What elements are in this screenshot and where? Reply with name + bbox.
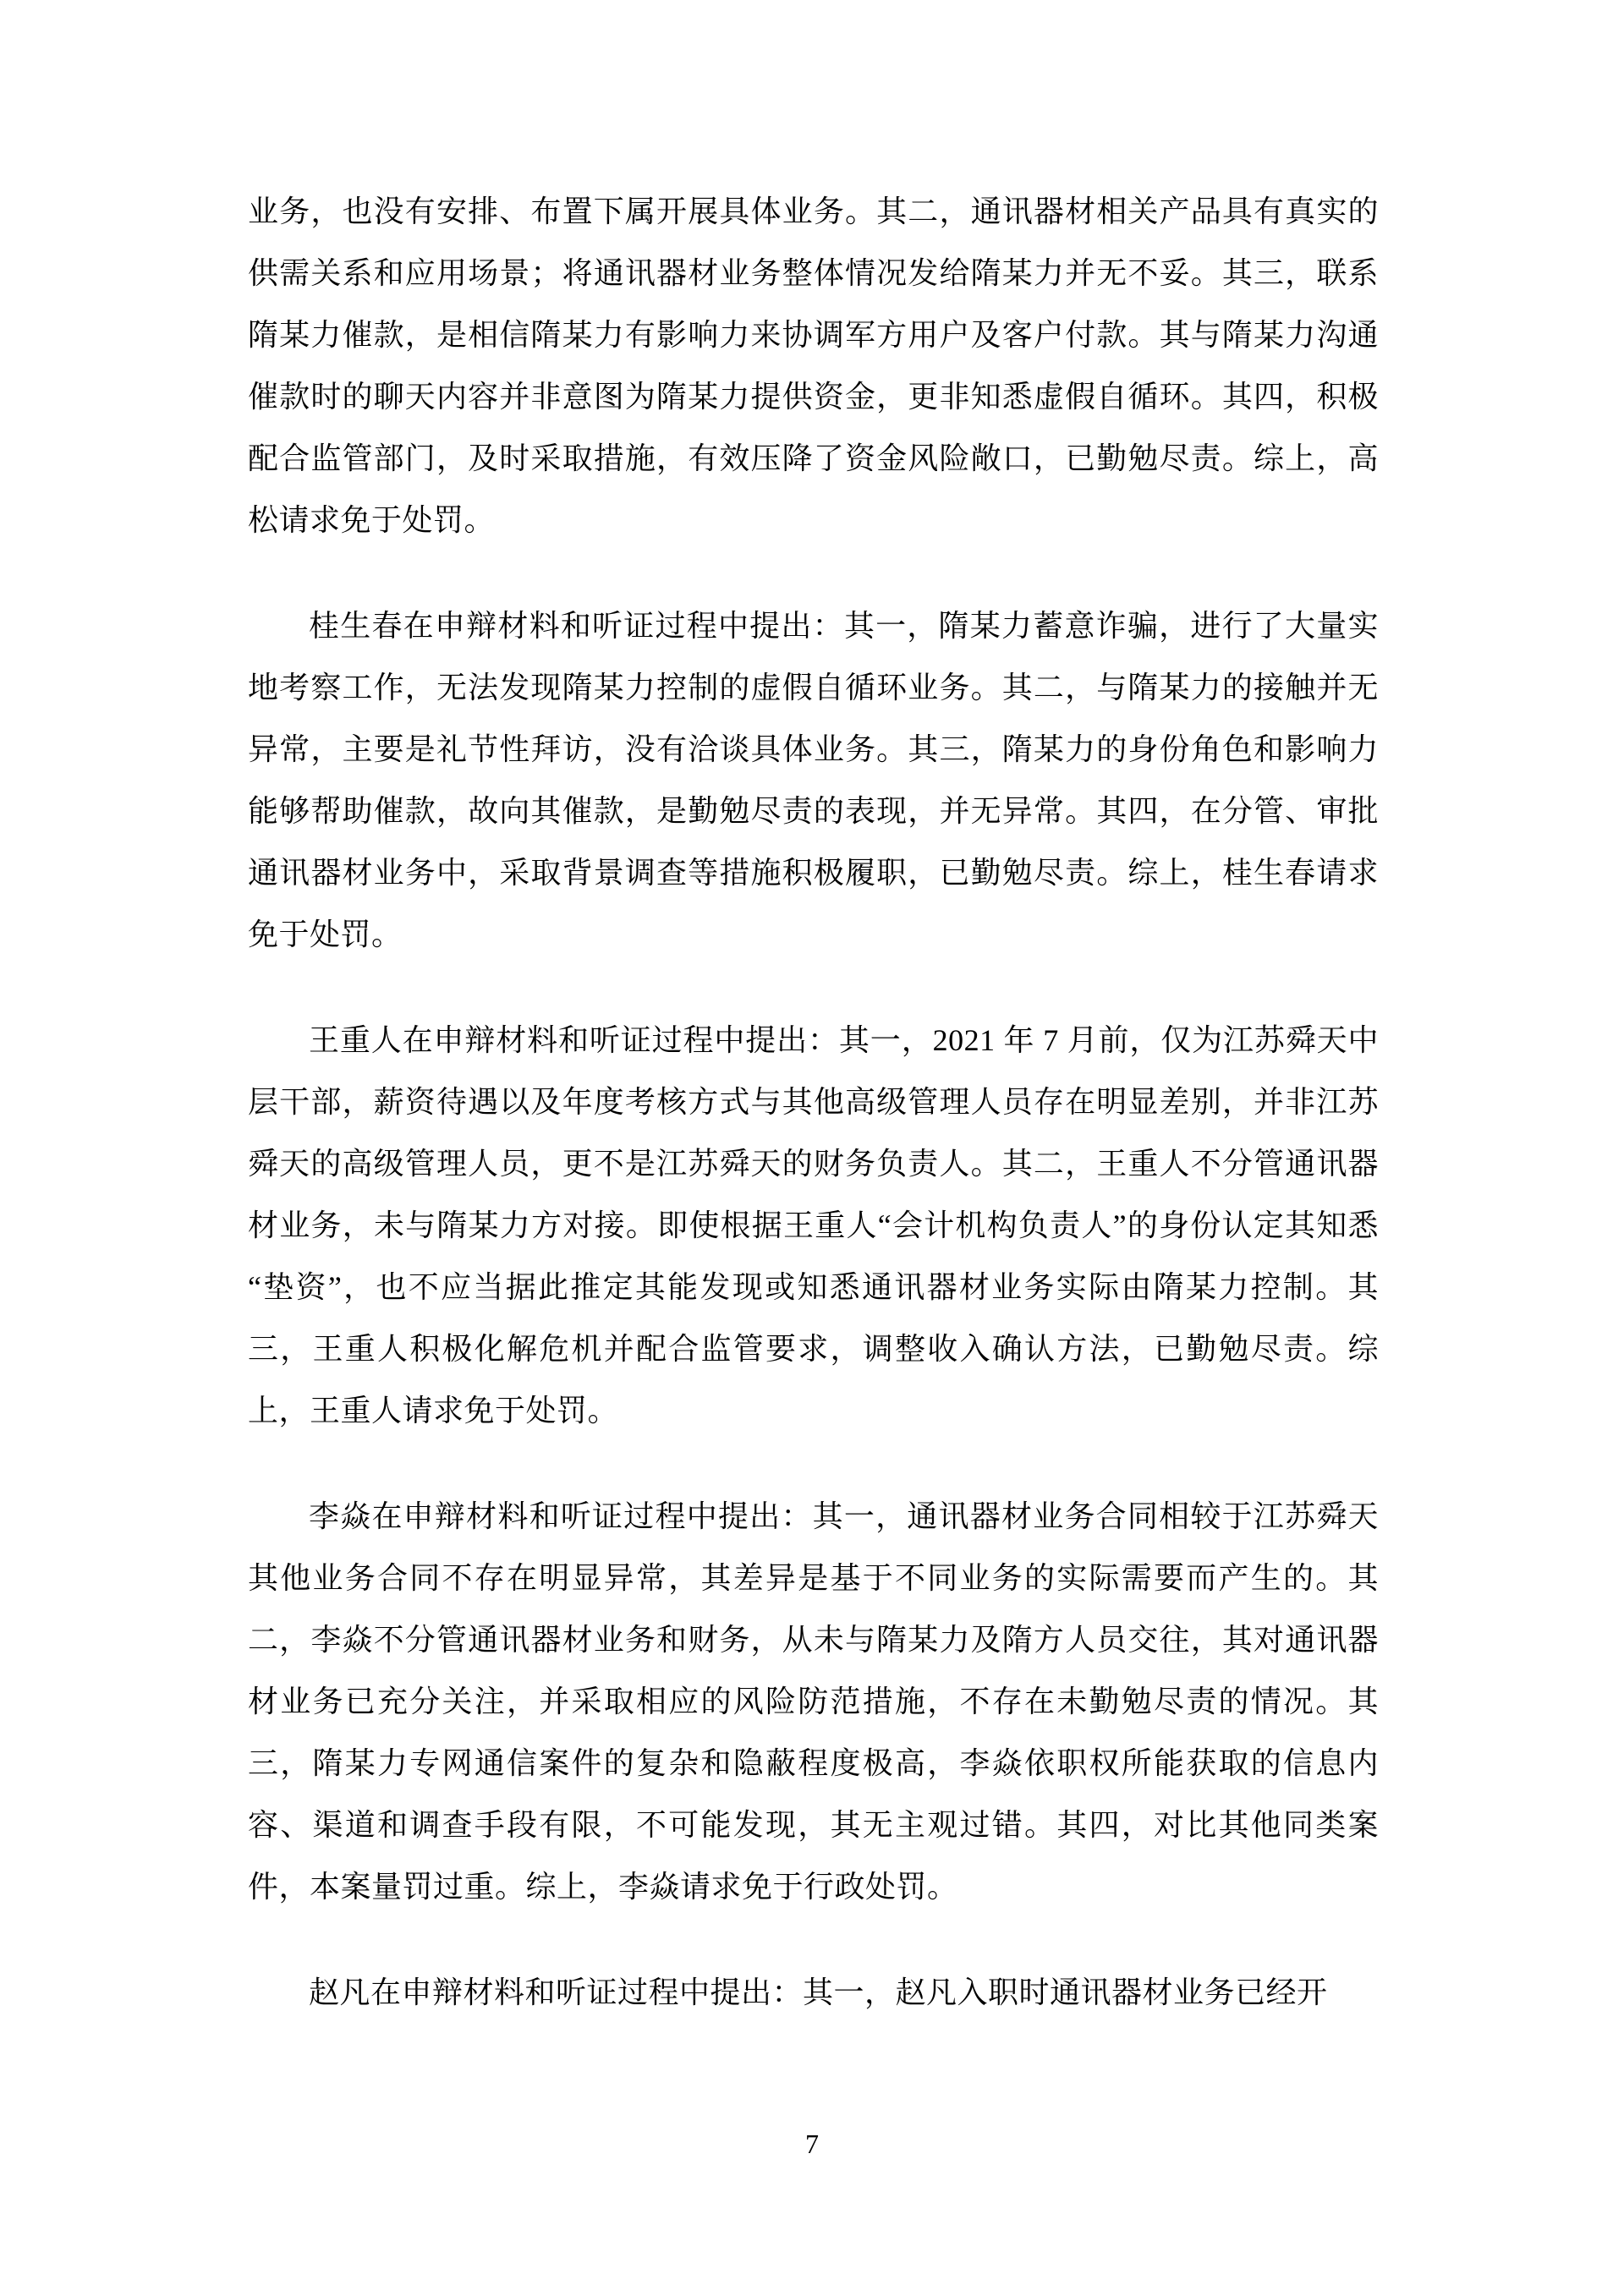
- page-number: 7: [0, 2127, 1624, 2161]
- document-page: 业务，也没有安排、布置下属开展具体业务。其二，通讯器材相关产品具有真实的供需关系…: [0, 0, 1624, 2296]
- document-body: 业务，也没有安排、布置下属开展具体业务。其二，通讯器材相关产品具有真实的供需关系…: [248, 181, 1379, 2068]
- paragraph-3: 王重人在申辩材料和听证过程中提出：其一，2021 年 7 月前，仅为江苏舜天中层…: [248, 1010, 1379, 1442]
- paragraph-2: 桂生春在申辩材料和听证过程中提出：其一，隋某力蓄意诈骗，进行了大量实地考察工作，…: [248, 595, 1379, 966]
- paragraph-1: 业务，也没有安排、布置下属开展具体业务。其二，通讯器材相关产品具有真实的供需关系…: [248, 181, 1379, 551]
- paragraph-5: 赵凡在申辩材料和听证过程中提出：其一，赵凡入职时通讯器材业务已经开: [248, 1962, 1379, 2024]
- paragraph-4: 李焱在申辩材料和听证过程中提出：其一，通讯器材业务合同相较于江苏舜天其他业务合同…: [248, 1486, 1379, 1918]
